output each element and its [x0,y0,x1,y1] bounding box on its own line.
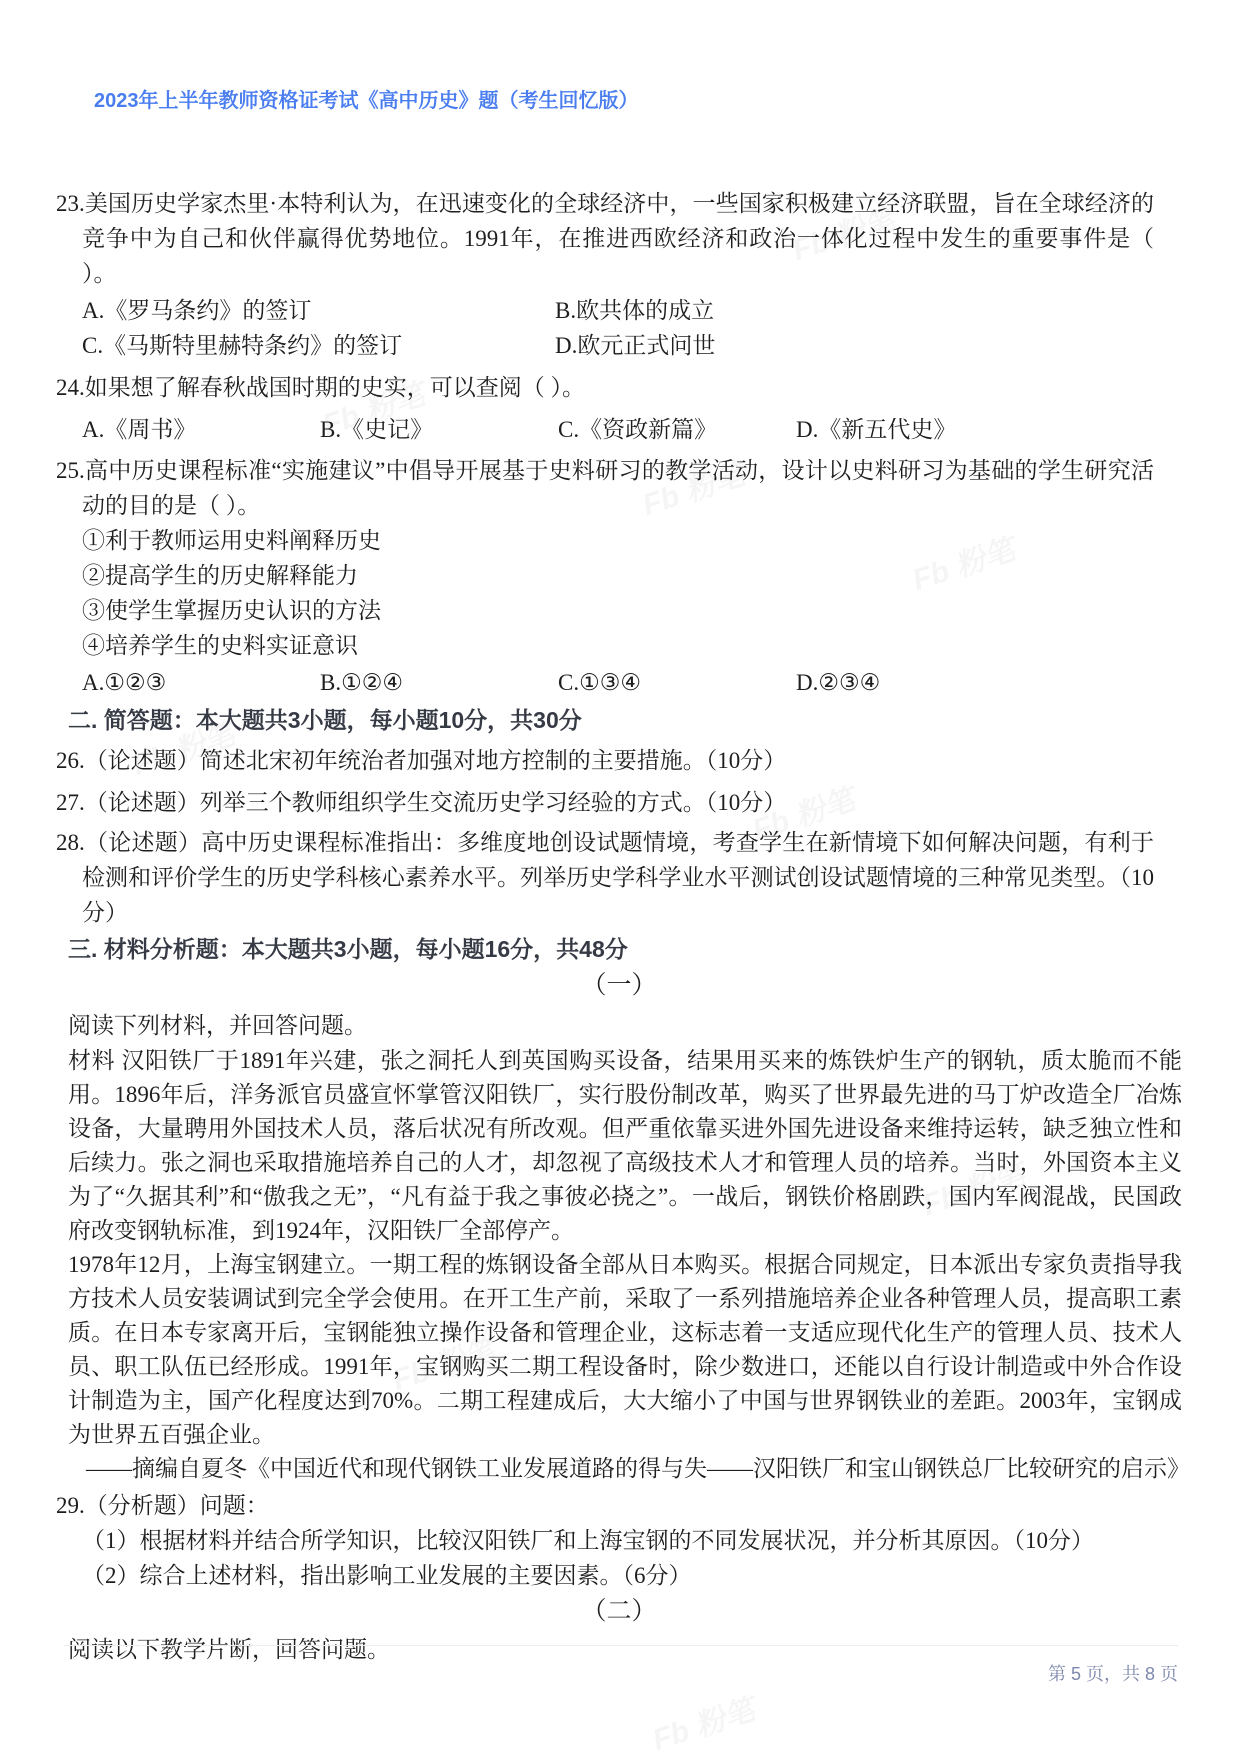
question-23: 23.美国历史学家杰里·本特利认为，在迅速变化的全球经济中，一些国家积极建立经济… [56,186,1154,291]
question-25-items: ①利于教师运用史料阐释历史 ②提高学生的历史解释能力 ③使学生掌握历史认识的方法… [82,523,1182,663]
option: C.《马斯特里赫特条约》的签订 [82,328,555,363]
option: D.欧元正式问世 [555,328,715,363]
material-paragraph-2: 1978年12月，上海宝钢建立。一期工程的炼钢设备全部从日本购买。根据合同规定，… [68,1248,1182,1452]
question-number: 29. [56,1493,85,1518]
question-text: （论述题）列举三个教师组织学生交流历史学习经验的方式。（10分） [85,790,787,815]
question-text: 如果想了解春秋战国时期的史实，可以查阅（ ）。 [85,375,585,400]
option: C.①③④ [558,665,796,700]
list-item: ④培养学生的史料实证意识 [82,628,1182,663]
question-lead: （分析题）问题： [85,1493,269,1518]
page-number: 第 5 页，共 8 页 [1048,1664,1178,1684]
page-footer: 第 5 页，共 8 页 [64,1645,1178,1686]
material-paragraph-1: 材料 汉阳铁厂于1891年兴建，张之洞托人到英国购买设备，结果用买来的炼铁炉生产… [68,1044,1182,1248]
section-heading-material-analysis: 三. 材料分析题：本大题共3小题，每小题16分，共48分 [68,932,1182,967]
question-28: 28.（论述题）高中历史课程标准指出：多维度地创设试题情境，考查学生在新情境下如… [56,825,1154,930]
question-29: 29.（分析题）问题： [56,1488,1154,1523]
question-25: 25.高中历史课程标准“实施建议”中倡导开展基于史料研习的教学活动，设计以史料研… [56,453,1154,523]
option: D.《新五代史》 [796,412,956,447]
watermark: Fb 粉笔 [646,1685,759,1754]
list-item: ②提高学生的历史解释能力 [82,558,1182,593]
question-text: （论述题）简述北宋初年统治者加强对地方控制的主要措施。（10分） [85,748,787,773]
question-number: 26. [56,748,85,773]
page-title: 2023年上半年教师资格证考试《高中历史》题（考生回忆版） [94,86,1182,116]
material-source: ——摘编自夏冬《中国近代和现代钢铁工业发展道路的得与失——汉阳铁厂和宝山钢铁总厂… [86,1452,1182,1486]
question-text: （论述题）高中历史课程标准指出：多维度地创设试题情境，考查学生在新情境下如何解决… [82,830,1154,925]
part-label-1: （一） [56,968,1182,1003]
list-item: ③使学生掌握历史认识的方法 [82,593,1182,628]
option: A.《周书》 [82,412,320,447]
option: D.②③④ [796,665,880,700]
question-24: 24.如果想了解春秋战国时期的史实，可以查阅（ ）。 [56,370,1154,405]
question-26: 26.（论述题）简述北宋初年统治者加强对地方控制的主要措施。（10分） [56,743,1154,778]
question-23-options-row-2: C.《马斯特里赫特条约》的签订 D.欧元正式问世 [82,328,1182,363]
question-29-sub-1: （1）根据材料并结合所学知识，比较汉阳铁厂和上海宝钢的不同发展状况，并分析其原因… [82,1523,1182,1558]
list-item: ①利于教师运用史料阐释历史 [82,523,1182,558]
question-24-options: A.《周书》 B.《史记》 C.《资政新篇》 D.《新五代史》 [82,412,1182,447]
question-number: 25. [56,458,85,483]
question-25-options: A.①②③ B.①②④ C.①③④ D.②③④ [82,665,1182,700]
section-heading-short-answer: 二. 简答题：本大题共3小题，每小题10分，共30分 [68,703,1182,738]
option: B.①②④ [320,665,558,700]
question-number: 24. [56,375,85,400]
part-label-2: （二） [56,1594,1182,1629]
option: B.欧共体的成立 [555,293,714,328]
material-intro: 阅读下列材料，并回答问题。 [68,1008,1182,1043]
question-number: 28. [56,830,85,855]
question-number: 23. [56,191,85,216]
question-number: 27. [56,790,85,815]
option: C.《资政新篇》 [558,412,796,447]
question-text: 高中历史课程标准“实施建议”中倡导开展基于史料研习的教学活动，设计以史料研习为基… [82,458,1154,518]
question-23-options-row-1: A.《罗马条约》的签订 B.欧共体的成立 [82,293,1182,328]
option: B.《史记》 [320,412,558,447]
option: A.①②③ [82,665,320,700]
option: A.《罗马条约》的签订 [82,293,555,328]
question-27: 27.（论述题）列举三个教师组织学生交流历史学习经验的方式。（10分） [56,785,1154,820]
exam-page: 2023年上半年教师资格证考试《高中历史》题（考生回忆版） 23.美国历史学家杰… [0,86,1240,1667]
question-29-sub-2: （2）综合上述材料，指出影响工业发展的主要因素。（6分） [82,1558,1182,1593]
question-text: 美国历史学家杰里·本特利认为，在迅速变化的全球经济中，一些国家积极建立经济联盟，… [82,191,1154,286]
